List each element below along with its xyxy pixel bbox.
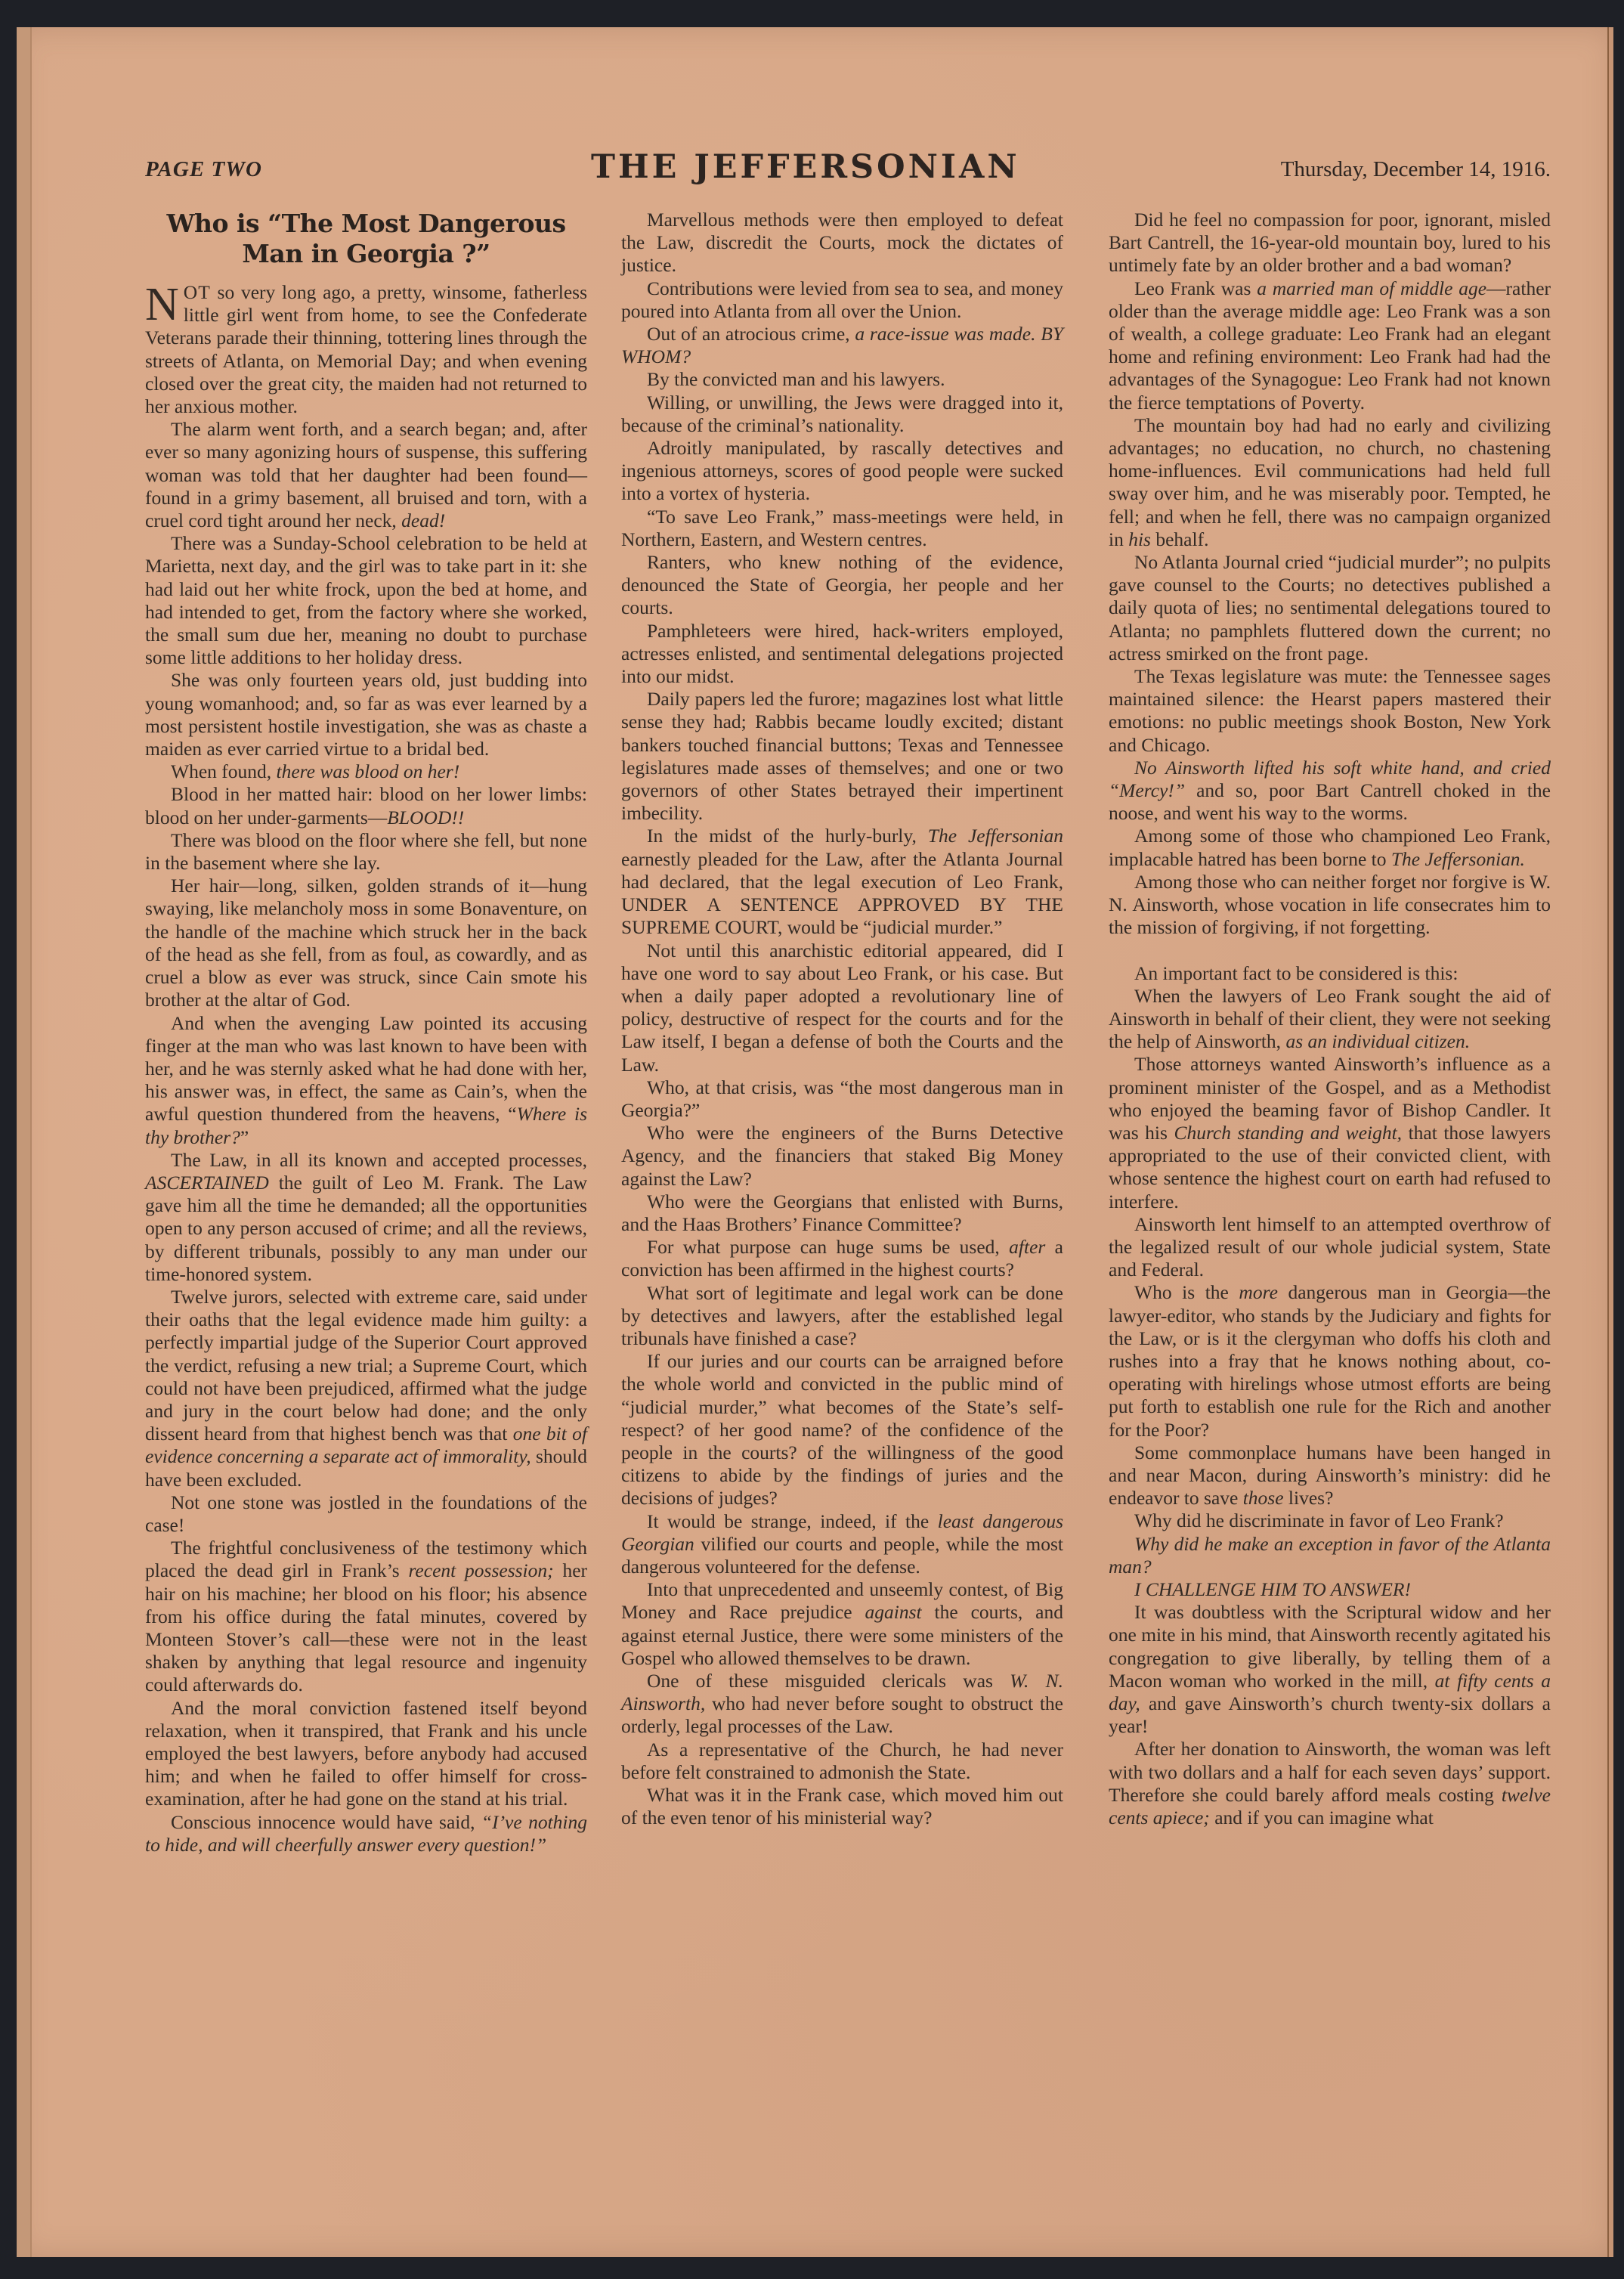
- article-paragraph: Contributions were levied from sea to se…: [621, 277, 1063, 323]
- masthead: PAGE TWO THE JEFFERSONIAN Thursday, Dece…: [145, 154, 1551, 192]
- column-body: Marvellous methods were then employed to…: [621, 209, 1063, 1829]
- article-paragraph: Why did he discriminate in favor of Leo …: [1109, 1510, 1551, 1532]
- paragraph-text: “To save Leo Frank,” mass-meetings were …: [621, 506, 1063, 550]
- article-paragraph: Not one stone was jostled in the foundat…: [145, 1491, 587, 1537]
- article-paragraph: Not until this anarchistic editorial app…: [621, 940, 1063, 1076]
- article-paragraph: Into that unprecedented and unseemly con…: [621, 1578, 1063, 1670]
- headline-line-2: Man in Georgia ?”: [145, 239, 587, 269]
- article-paragraph: There was blood on the floor where she f…: [145, 829, 587, 875]
- paragraph-text: Ainsworth lent himself to an attempted o…: [1109, 1213, 1551, 1280]
- paragraph-text: Not until this anarchistic editorial app…: [621, 940, 1063, 1076]
- page-right-fold: [1607, 27, 1613, 2257]
- paragraph-text: Why did he discriminate in favor of Leo …: [1134, 1510, 1504, 1531]
- paragraph-text: She was only fourteen years old, just bu…: [145, 669, 587, 760]
- paragraph-text: In the midst of the hurly-burly,: [647, 825, 928, 847]
- article-paragraph: I CHALLENGE HIM TO ANSWER!: [1109, 1578, 1551, 1601]
- paragraph-text: Among those who can neither forget nor f…: [1109, 871, 1551, 938]
- emphasized-text: Church standing and weight,: [1174, 1122, 1402, 1144]
- paragraph-text: As a representative of the Church, he ha…: [621, 1739, 1063, 1783]
- article-paragraph: One of these misguided clericals was W. …: [621, 1670, 1063, 1739]
- paragraph-text: Marvellous methods were then employed to…: [621, 209, 1063, 276]
- emphasized-text: I CHALLENGE HIM TO ANSWER!: [1134, 1578, 1411, 1600]
- paragraph-text-tail: dangerous man in Georgia—the lawyer-edit…: [1109, 1281, 1551, 1440]
- emphasized-text: Why did he make an exception in favor of…: [1109, 1533, 1551, 1578]
- article-paragraph: Who were the engineers of the Burns Dete…: [621, 1122, 1063, 1191]
- paragraph-text: Leo Frank was: [1134, 277, 1257, 299]
- emphasized-text: as an individual citizen.: [1285, 1030, 1470, 1052]
- article-paragraph: Who, at that crisis, was “the most dange…: [621, 1076, 1063, 1122]
- article-paragraph: Why did he make an exception in favor of…: [1109, 1533, 1551, 1578]
- paragraph-text: Contributions were levied from sea to se…: [621, 277, 1063, 322]
- paragraph-text: Ranters, who knew nothing of the evidenc…: [621, 551, 1063, 618]
- article-paragraph: The Law, in all its known and accepted p…: [145, 1149, 587, 1286]
- column-body: NOT so very long ago, a pretty, winsome,…: [145, 281, 587, 1856]
- article-paragraph: Who is the more dangerous man in Georgia…: [1109, 1281, 1551, 1441]
- article-paragraph: Leo Frank was a married man of middle ag…: [1109, 277, 1551, 414]
- article-paragraph: Among those who can neither forget nor f…: [1109, 871, 1551, 940]
- paragraph-text: What sort of legitimate and legal work c…: [621, 1282, 1063, 1349]
- article-paragraph: In the midst of the hurly-burly, The Jef…: [621, 825, 1063, 939]
- paragraph-text: The alarm went forth, and a search began…: [145, 418, 587, 531]
- article-paragraph: Pamphleteers were hired, hack-writers em…: [621, 620, 1063, 689]
- paragraph-text: Who were the engineers of the Burns Dete…: [621, 1122, 1063, 1189]
- paragraph-text-tail: and if you can imagine what: [1210, 1807, 1434, 1828]
- paragraph-text: No Atlanta Journal cried “judicial murde…: [1109, 551, 1551, 664]
- emphasized-text: The Jeffersonian.: [1391, 848, 1525, 870]
- article-paragraph: After her donation to Ainsworth, the wom…: [1109, 1738, 1551, 1829]
- article-paragraph: Did he feel no compassion for poor, igno…: [1109, 209, 1551, 277]
- article-paragraph: Those attorneys wanted Ainsworth’s influ…: [1109, 1053, 1551, 1212]
- paragraph-text: Who, at that crisis, was “the most dange…: [621, 1076, 1063, 1121]
- article-paragraph: Daily papers led the furore; magazines l…: [621, 688, 1063, 825]
- paragraph-text: Who were the Georgians that enlisted wit…: [621, 1191, 1063, 1235]
- headline-line-1: Who is “The Most Dangerous: [145, 209, 587, 239]
- newspaper-page: PAGE TWO THE JEFFERSONIAN Thursday, Dece…: [17, 27, 1613, 2257]
- article-paragraph: Blood in her matted hair: blood on her l…: [145, 783, 587, 828]
- paragraph-text: When found,: [171, 760, 277, 782]
- article-paragraph: And when the avenging Law pointed its ac…: [145, 1012, 587, 1149]
- article-paragraph: It would be strange, indeed, if the leas…: [621, 1510, 1063, 1579]
- paragraph-text: For what purpose can huge sums be used,: [647, 1236, 1009, 1258]
- article-paragraph: Adroitly manipulated, by rascally detect…: [621, 437, 1063, 506]
- section-break: [1109, 940, 1551, 962]
- paragraph-text: Out of an atrocious crime,: [647, 323, 855, 345]
- paragraph-text-tail: ”: [240, 1126, 249, 1148]
- paragraph-text: Did he feel no compassion for poor, igno…: [1109, 209, 1551, 276]
- article-paragraph: The alarm went forth, and a search began…: [145, 418, 587, 532]
- paragraph-text-tail: earnestly pleaded for the Law, after the…: [621, 848, 1063, 939]
- article-column-1: Who is “The Most Dangerous Man in Georgi…: [145, 209, 587, 1856]
- paragraph-text: Adroitly manipulated, by rascally detect…: [621, 437, 1063, 504]
- emphasized-text: recent possession;: [408, 1559, 553, 1581]
- paragraph-text: It would be strange, indeed, if the: [647, 1510, 938, 1532]
- article-paragraph: Some commonplace humans have been hanged…: [1109, 1441, 1551, 1510]
- article-paragraph: When the lawyers of Leo Frank sought the…: [1109, 985, 1551, 1054]
- article-paragraph: What sort of legitimate and legal work c…: [621, 1282, 1063, 1351]
- article-paragraph: “To save Leo Frank,” mass-meetings were …: [621, 506, 1063, 551]
- paragraph-text: The Texas legislature was mute: the Tenn…: [1109, 665, 1551, 756]
- article-paragraph: When found, there was blood on her!: [145, 760, 587, 783]
- article-paragraph: Willing, or unwilling, the Jews were dra…: [621, 392, 1063, 437]
- emphasized-text: more: [1239, 1281, 1277, 1303]
- paragraph-text: The Law, in all its known and accepted p…: [171, 1149, 587, 1171]
- emphasized-text: ASCERTAINED: [145, 1172, 269, 1194]
- article-headline: Who is “The Most Dangerous Man in Georgi…: [145, 209, 587, 269]
- paragraph-text: There was a Sunday-School celebration to…: [145, 532, 587, 668]
- article-paragraph: Among some of those who championed Leo F…: [1109, 825, 1551, 870]
- emphasized-text: BLOOD!!: [387, 807, 464, 828]
- paragraph-text: Conscious innocence would have said,: [171, 1811, 481, 1833]
- paragraph-text: Twelve jurors, selected with extreme car…: [145, 1286, 587, 1445]
- issue-date: Thursday, December 14, 1916.: [1281, 157, 1551, 182]
- paragraph-text: After her donation to Ainsworth, the wom…: [1109, 1738, 1551, 1805]
- page-left-edge: [17, 27, 32, 2257]
- article-paragraph: Marvellous methods were then employed to…: [621, 209, 1063, 277]
- article-paragraph: And the moral conviction fastened itself…: [145, 1697, 587, 1811]
- paragraph-text: so very long ago, a pretty, winsome, fat…: [145, 281, 587, 417]
- newspaper-title: THE JEFFERSONIAN: [591, 148, 1020, 186]
- article-paragraph: Who were the Georgians that enlisted wit…: [621, 1191, 1063, 1236]
- emphasized-text: a married man of middle age: [1257, 277, 1486, 299]
- article-paragraph: There was a Sunday-School celebration to…: [145, 532, 587, 669]
- article-paragraph: What was it in the Frank case, which mov…: [621, 1784, 1063, 1829]
- article-paragraph: No Ainsworth lifted his soft white hand,…: [1109, 757, 1551, 825]
- paragraph-text: One of these misguided clericals was: [647, 1670, 1010, 1692]
- paragraph-text: Pamphleteers were hired, hack-writers em…: [621, 620, 1063, 687]
- paragraph-text: By the convicted man and his lawyers.: [647, 368, 945, 390]
- page-number-label: PAGE TWO: [145, 157, 262, 182]
- emphasized-text: his: [1128, 528, 1151, 550]
- paragraph-text: Her hair—long, silken, golden strands of…: [145, 875, 587, 1011]
- paragraph-text: If our juries and our courts can be arra…: [621, 1350, 1063, 1509]
- article-column-3: Did he feel no compassion for poor, igno…: [1109, 209, 1551, 1829]
- article-paragraph: An important fact to be considered is th…: [1109, 962, 1551, 985]
- paragraph-text: Blood in her matted hair: blood on her l…: [145, 783, 587, 828]
- article-paragraph: No Atlanta Journal cried “judicial murde…: [1109, 551, 1551, 665]
- emphasized-text: The Jeffersonian: [928, 825, 1063, 847]
- article-paragraph: By the convicted man and his lawyers.: [621, 368, 1063, 391]
- article-paragraph: Conscious innocence would have said, “I’…: [145, 1811, 587, 1856]
- article-paragraph: NOT so very long ago, a pretty, winsome,…: [145, 281, 587, 418]
- paragraph-text-tail: and gave Ainsworth’s church twenty-six d…: [1109, 1692, 1551, 1737]
- article-column-2: Marvellous methods were then employed to…: [621, 209, 1063, 1829]
- paragraph-text: An important fact to be considered is th…: [1134, 962, 1458, 984]
- article-paragraph: For what purpose can huge sums be used, …: [621, 1236, 1063, 1281]
- paragraph-text: There was blood on the floor where she f…: [145, 829, 587, 874]
- lead-in: OT: [184, 281, 211, 303]
- article-paragraph: She was only fourteen years old, just bu…: [145, 669, 587, 760]
- article-paragraph: Out of an atrocious crime, a race-issue …: [621, 323, 1063, 368]
- emphasized-text: against: [865, 1601, 922, 1623]
- article-paragraph: As a representative of the Church, he ha…: [621, 1739, 1063, 1784]
- paragraph-text: And the moral conviction fastened itself…: [145, 1697, 587, 1810]
- paragraph-text-tail: behalf.: [1151, 528, 1208, 550]
- article-paragraph: It was doubtless with the Scriptural wid…: [1109, 1601, 1551, 1738]
- paragraph-text: Not one stone was jostled in the foundat…: [145, 1491, 587, 1536]
- paragraph-text: Daily papers led the furore; magazines l…: [621, 688, 1063, 824]
- article-paragraph: Twelve jurors, selected with extreme car…: [145, 1286, 587, 1491]
- paragraph-text-tail: lives?: [1284, 1487, 1334, 1509]
- paragraph-text: Who is the: [1134, 1281, 1239, 1303]
- article-paragraph: Ainsworth lent himself to an attempted o…: [1109, 1213, 1551, 1282]
- drop-cap: N: [145, 284, 179, 325]
- article-paragraph: The mountain boy had had no early and ci…: [1109, 414, 1551, 551]
- paragraph-text: What was it in the Frank case, which mov…: [621, 1784, 1063, 1828]
- article-paragraph: Her hair—long, silken, golden strands of…: [145, 875, 587, 1011]
- emphasized-text: there was blood on her!: [277, 760, 460, 782]
- article-paragraph: The Texas legislature was mute: the Tenn…: [1109, 665, 1551, 757]
- emphasized-text: those: [1243, 1487, 1284, 1509]
- emphasized-text: dead!: [401, 509, 445, 531]
- article-paragraph: The frightful conclusiveness of the test…: [145, 1537, 587, 1696]
- article-paragraph: Ranters, who knew nothing of the evidenc…: [621, 551, 1063, 620]
- column-body: Did he feel no compassion for poor, igno…: [1109, 209, 1551, 1829]
- article-paragraph: If our juries and our courts can be arra…: [621, 1350, 1063, 1510]
- paragraph-text: Willing, or unwilling, the Jews were dra…: [621, 392, 1063, 436]
- emphasized-text: after: [1009, 1236, 1045, 1258]
